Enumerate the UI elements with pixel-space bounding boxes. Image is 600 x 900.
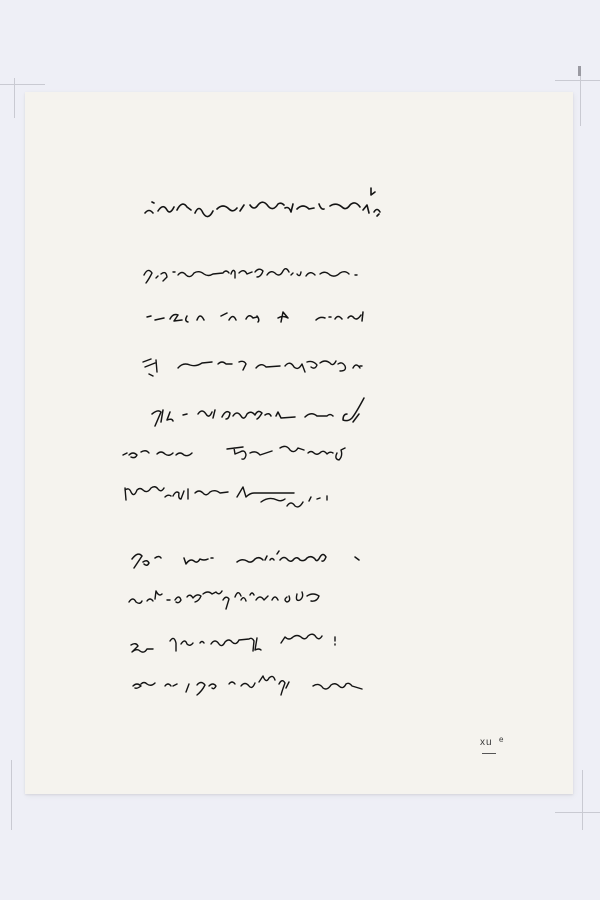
writing-line-8	[132, 551, 359, 568]
writing-line-6	[123, 446, 345, 460]
writing-line-1	[145, 188, 380, 217]
writing-line-2	[144, 269, 357, 283]
crop-mark-bottom-right-v	[582, 770, 583, 830]
signature-mark: e	[499, 735, 504, 744]
crop-mark-bottom-right-h	[555, 812, 600, 813]
writing-line-10	[131, 634, 335, 652]
writing-line-5	[152, 398, 364, 426]
crop-mark-top-left-h	[0, 84, 45, 85]
writing-line-11	[133, 676, 362, 695]
writing-line-9	[129, 591, 319, 609]
crop-mark-top-left-v	[14, 78, 15, 118]
writing-line-7	[125, 487, 327, 507]
writing-line-3	[147, 312, 363, 322]
crop-mark-bottom-left-v	[11, 760, 12, 830]
asemic-writing	[25, 92, 573, 794]
paper-sheet: xu e	[25, 92, 573, 794]
writing-line-4	[143, 359, 362, 376]
artist-signature: xu	[480, 737, 493, 748]
pin-marker-icon	[578, 66, 581, 76]
crop-mark-top-right-h	[555, 80, 600, 81]
signature-underline	[482, 753, 496, 754]
